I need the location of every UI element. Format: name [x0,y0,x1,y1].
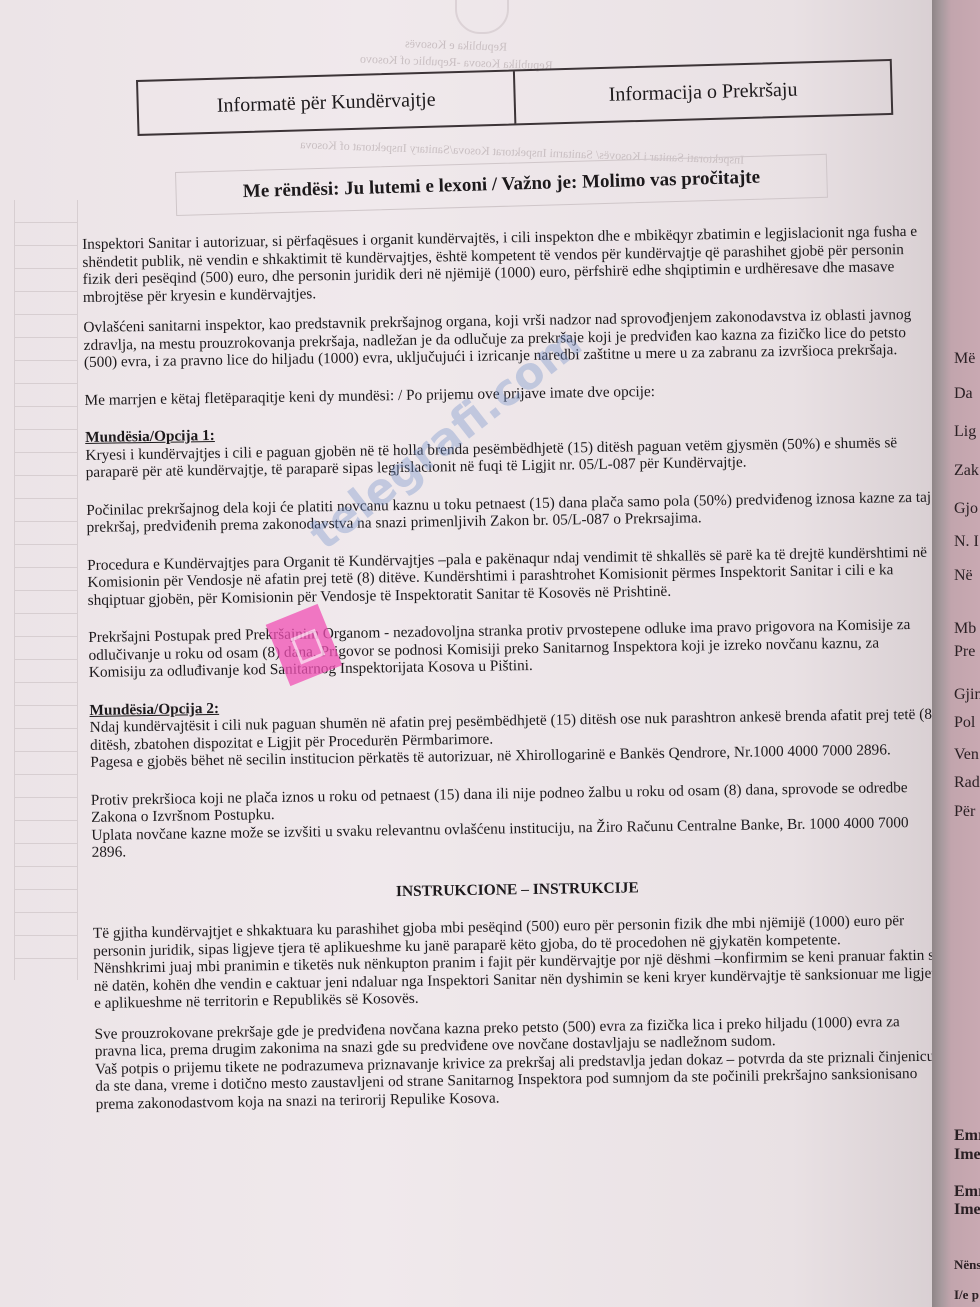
title-serbian: Informacija o Prekršaju [515,61,891,123]
edge-label: Zak [954,462,979,480]
option1-serbian: Počinilac prekršajnog dela koji će plati… [86,488,936,536]
edge-label: Gjo [954,500,978,518]
instructions-heading: INSTRUKCIONE – INSTRUKCIJE [92,874,942,905]
edge-label: Pol [954,714,975,732]
edge-label: Për [954,803,975,821]
edge-label: Emr [954,1127,980,1145]
edge-label: N. I [954,533,979,551]
procedure-albanian: Procedura e Kundërvajtjes para Organit t… [87,543,938,609]
important-banner: Me rëndësi: Ju lutemi e lexoni / Važno j… [175,154,828,216]
procedure-serbian: Prekršajni Postupak pred Prekršajnim Org… [88,616,939,682]
ghost-header-line: Republika e Kosovës [405,36,507,55]
edge-label: Mb [954,620,976,638]
edge-label: Ime [954,1201,980,1219]
edge-label: Pre [954,643,975,661]
bleed-through-form-grid [14,200,78,980]
title-albanian: Informatë për Kundërvajtje [138,71,516,134]
edge-label: Nëns [954,1257,980,1273]
edge-label: Emr [954,1183,980,1201]
edge-label: Gjin [954,686,980,704]
edge-label: Rad [954,774,980,792]
title-box: Informatë për Kundërvajtje Informacija o… [136,59,893,136]
document-page: Republika e Kosovës Republika Kosova -Re… [0,0,932,1307]
coat-of-arms-icon [455,0,509,34]
intro-albanian: Inspektori Sanitar i autorizuar, si përf… [82,223,933,306]
edge-label: Lig [954,423,976,441]
edge-label: Më [954,350,975,368]
edge-label: Në [954,567,973,585]
edge-label: I/e p [954,1287,979,1303]
edge-label: Da [954,385,973,403]
edge-label: Ime [954,1146,980,1164]
adjacent-page-edge: Më Da Lig Zak Gjo N. I Në Mb Pre Gjin Po… [932,0,980,1307]
edge-label: Ven [954,746,979,764]
